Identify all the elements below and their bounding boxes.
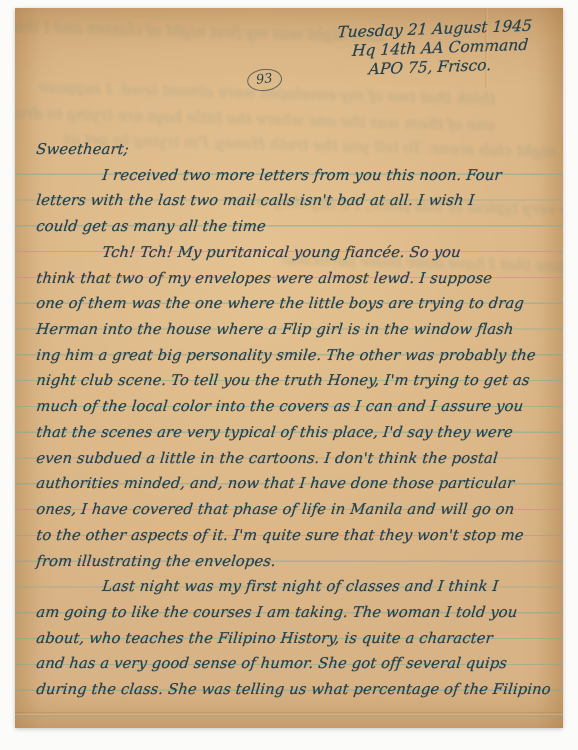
page-number: 93 xyxy=(245,65,283,94)
letter-line: I received two more letters from you thi… xyxy=(35,163,562,189)
letter-line: night club scene. To tell you the truth … xyxy=(35,368,562,394)
letter-line: even subdued a little in the cartoons. I… xyxy=(35,446,562,472)
letter-line: could get as many all the time xyxy=(35,214,562,240)
letter-line: to the other aspects of it. I'm quite su… xyxy=(35,523,562,549)
fold-crease-horizontal xyxy=(15,712,563,715)
letter-line: Last night was my first night of classes… xyxy=(35,574,562,600)
bleedthrough-line: one of them was the one where the little… xyxy=(15,104,495,135)
letter-header: Tuesday 21 August 1945 Hq 14th AA Comman… xyxy=(337,17,533,81)
letter-line: during the class. She was telling us wha… xyxy=(35,677,562,703)
letter-line: am going to like the courses I am taking… xyxy=(35,600,562,626)
bleedthrough-line: Last night was my first night of classes… xyxy=(15,17,385,45)
letter-line: letters with the last two mail calls isn… xyxy=(35,188,562,214)
page-number-value: 93 xyxy=(246,67,283,92)
letter-line: Sweetheart; xyxy=(35,137,562,163)
letter-line: and has a very good sense of humor. She … xyxy=(35,651,562,677)
letter-line: that the scenes are very typical of this… xyxy=(35,420,562,446)
letter-body: Sweetheart;I received two more letters f… xyxy=(35,137,559,703)
letter-line: authorities minded, and, now that I have… xyxy=(35,471,562,497)
letter-line: ing him a great big personality smile. T… xyxy=(35,343,562,369)
letter-line: about, who teaches the Filipino History,… xyxy=(35,626,562,652)
letter-line: Tch! Tch! My puritanical young fiancée. … xyxy=(35,240,562,266)
letter-line: ones, I have covered that phase of life … xyxy=(35,497,562,523)
letter-line: from illustrating the envelopes. xyxy=(35,549,562,575)
letter-line: Herman into the house where a Flip girl … xyxy=(35,317,562,343)
letter-line: one of them was the one where the little… xyxy=(35,291,562,317)
letter-line: much of the local color into the covers … xyxy=(35,394,562,420)
letter-line: think that two of my envelopes were almo… xyxy=(35,266,562,292)
letter-page: Last night was my first night of classes… xyxy=(15,8,563,728)
